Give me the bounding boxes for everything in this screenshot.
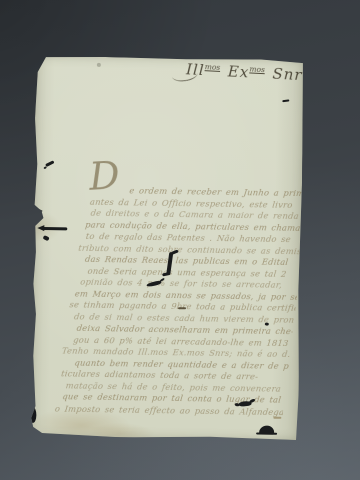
pen-flourish	[171, 66, 199, 83]
ink-squiggle-left-margin	[45, 160, 54, 167]
ink-blot-mound-bottom	[259, 425, 274, 434]
torn-edge-notch	[33, 206, 42, 222]
ink-dash-below-heading	[282, 99, 289, 102]
manuscript-paper: Illmos Exmos Snr D e ordem de receber em…	[30, 56, 304, 440]
salutation-word-exmos: Exmos	[227, 62, 267, 82]
ink-dark-superscript-mark	[178, 307, 186, 309]
letter-salutation: Illmos Exmos Snr	[185, 60, 305, 100]
ink-spot-left-edge	[29, 407, 36, 423]
ink-speck-top-edge	[42, 56, 45, 59]
ink-dot-mid-right	[265, 323, 269, 326]
faint-mark-bottom-right	[273, 417, 281, 419]
paper-spot-faint	[97, 63, 101, 67]
photo-background: Illmos Exmos Snr D e ordem de receber em…	[0, 0, 360, 480]
ink-tick-left-margin	[43, 235, 50, 241]
manuscript-body: e ordem de receber em Junho a primeira v…	[54, 185, 310, 418]
salutation-word-snr: Snr	[272, 65, 303, 85]
ink-dash-arrow-left-margin	[42, 227, 67, 230]
